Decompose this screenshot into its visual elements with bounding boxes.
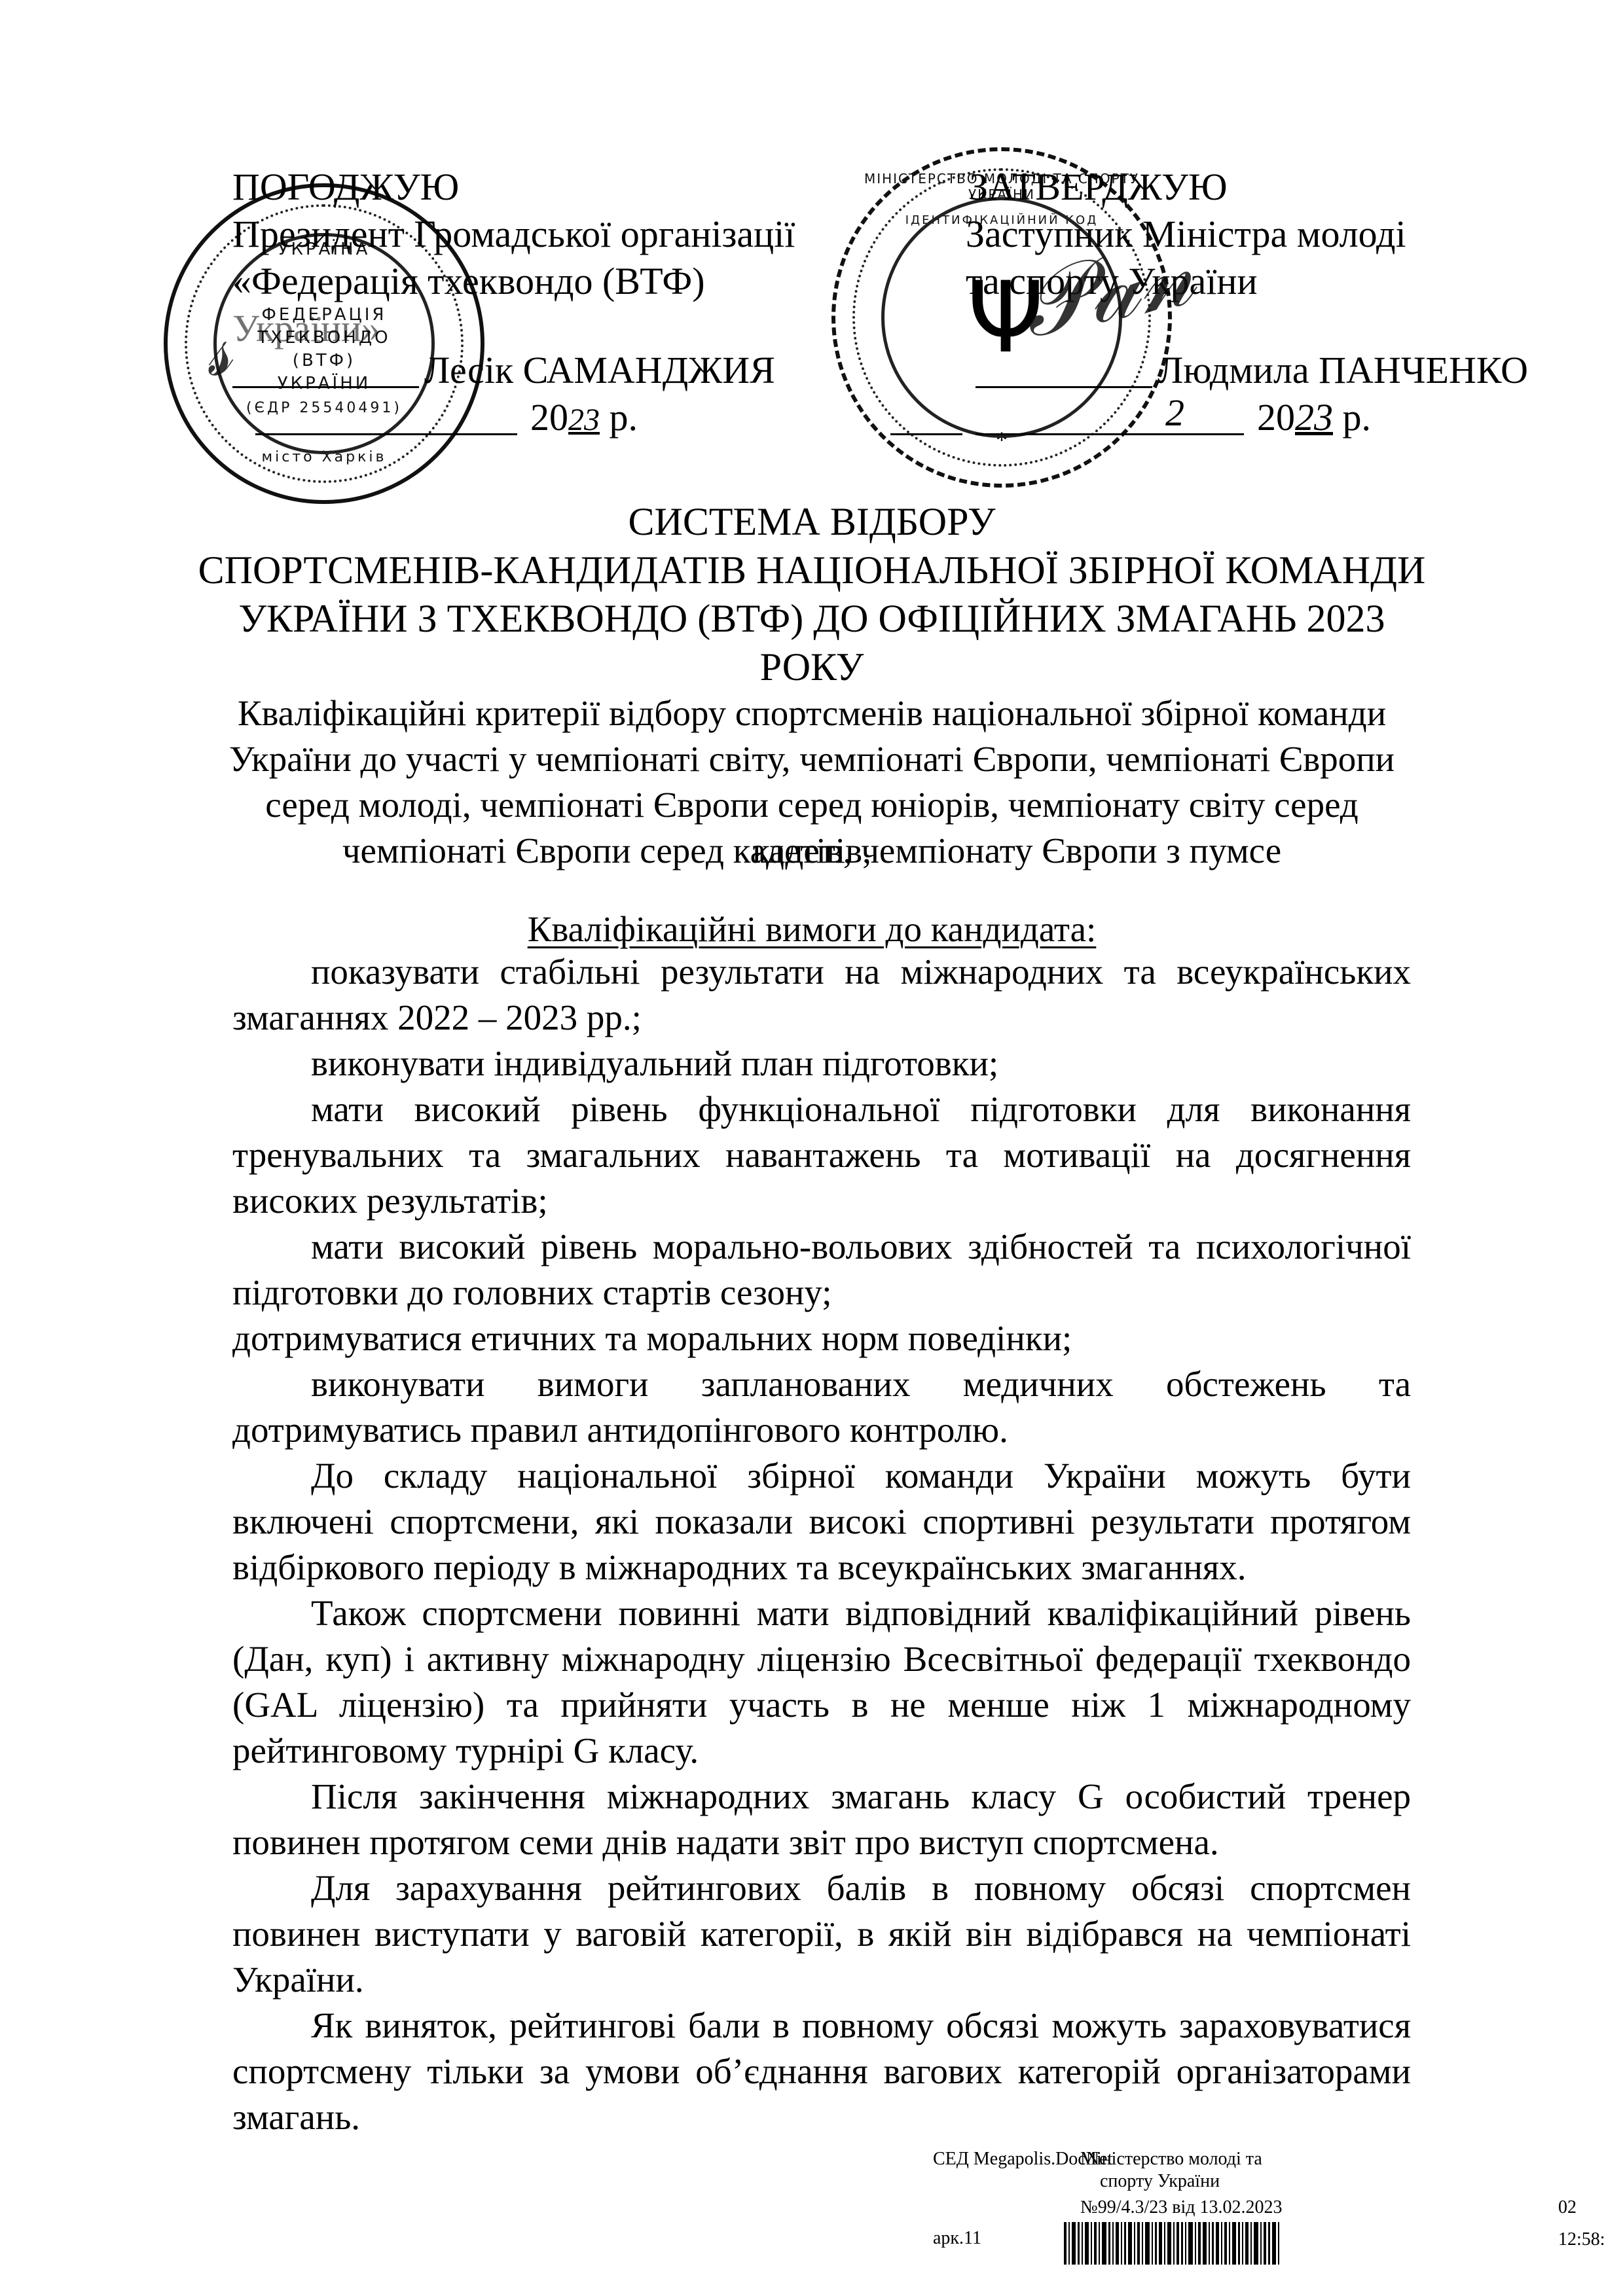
approval-left-signatory: Лесік САМАНДЖИЯ xyxy=(424,347,775,394)
requirement-item: виконувати індивідуальний план підготовк… xyxy=(232,1041,1411,1086)
approval-right-date: 2023 р. xyxy=(1257,394,1371,441)
date-line-right-month xyxy=(976,433,1244,435)
star-icon: * xyxy=(996,426,1008,454)
approval-right-signatory: Людмила ПАНЧЕНКО xyxy=(1158,347,1528,394)
approval-right-heading: ЗАТВЕРДЖУЮ xyxy=(969,164,1228,211)
subtitle-line-1: Кваліфікаційні критерії відбору спортсме… xyxy=(216,691,1408,736)
title-line-3: УКРАЇНИ З ТХЕКВОНДО (ВТФ) ДО ОФІЦІЙНИХ З… xyxy=(196,594,1427,691)
footer-code: 02 xyxy=(1558,2197,1577,2219)
signature-line-left xyxy=(232,386,419,388)
stamp-code: (ЄДР 25540491) xyxy=(168,400,481,416)
signature-line-right xyxy=(976,386,1152,388)
approval-left-position-2: «Федерація тхеквондо (ВТФ) xyxy=(232,258,705,305)
stamp-text-bottom: місто Харків xyxy=(168,449,481,465)
title-line-2: СПОРТСМЕНІВ-КАНДИДАТІВ НАЦІОНАЛЬНОЇ ЗБІР… xyxy=(196,546,1427,594)
body-paragraph: До складу національної збірної команди У… xyxy=(232,1453,1411,1590)
footer-org-line-2: спорту України xyxy=(1100,2170,1220,2193)
body-paragraph: Як виняток, рейтингові бали в повному об… xyxy=(232,2003,1411,2140)
date-line-left xyxy=(255,433,517,435)
footer-reg-number: №99/4.3/23 від 13.02.2023 xyxy=(1080,2197,1283,2219)
subtitle-line-4: чемпіонаті Європи серед кадетів, чемпіон… xyxy=(216,828,1408,874)
approval-left-position-1: Президент Громадської організації xyxy=(232,211,795,258)
requirements-heading: Кваліфікаційні вимоги до кандидата: xyxy=(196,906,1427,952)
footer-time: 12:58: xyxy=(1558,2229,1605,2251)
requirement-item: мати високий рівень функціональної підго… xyxy=(232,1086,1411,1224)
footer-org-line-1: Міністерство молоді та xyxy=(1080,2148,1262,2170)
date-year-prefix: 20 xyxy=(1257,396,1295,439)
subtitle-line-2: України до участі у чемпіонаті світу, че… xyxy=(216,736,1408,782)
body-paragraph: Після закінчення міжнародних змагань кла… xyxy=(232,1774,1411,1865)
title-line-1: СИСТЕМА ВІДБОРУ xyxy=(196,497,1427,546)
approval-left-position-3: України» xyxy=(232,305,380,352)
date-suffix: р. xyxy=(610,396,638,439)
footer-sheet: арк.11 xyxy=(933,2227,981,2250)
date-year-prefix: 20 xyxy=(530,396,568,439)
date-suffix: р. xyxy=(1343,396,1372,439)
body-paragraph: Також спортсмени повинні мати відповідни… xyxy=(232,1590,1411,1774)
requirements-heading-text: Кваліфікаційні вимоги до кандидата: xyxy=(528,909,1097,949)
date-year-handwritten: 23 xyxy=(1295,396,1333,439)
requirement-item: виконувати вимоги запланованих медичних … xyxy=(232,1361,1411,1453)
approval-right-day: 2 xyxy=(1165,389,1184,437)
requirement-item: мати високий рівень морально-вольових зд… xyxy=(232,1224,1411,1316)
date-line-right-day xyxy=(890,433,962,435)
approval-left-heading: ПОГОДЖУЮ xyxy=(232,164,459,211)
date-year-handwritten: 23 xyxy=(568,403,600,437)
approval-left-date: 2023 р. xyxy=(530,394,638,444)
body-paragraph: Для зарахування рейтингових балів в повн… xyxy=(232,1865,1411,2003)
document-body: показувати стабільні результати на міжна… xyxy=(232,949,1411,2140)
requirement-item: дотримуватися етичних та моральних норм … xyxy=(232,1316,1411,1361)
barcode xyxy=(1064,2222,1391,2265)
requirement-item: показувати стабільні результати на міжна… xyxy=(232,949,1411,1041)
